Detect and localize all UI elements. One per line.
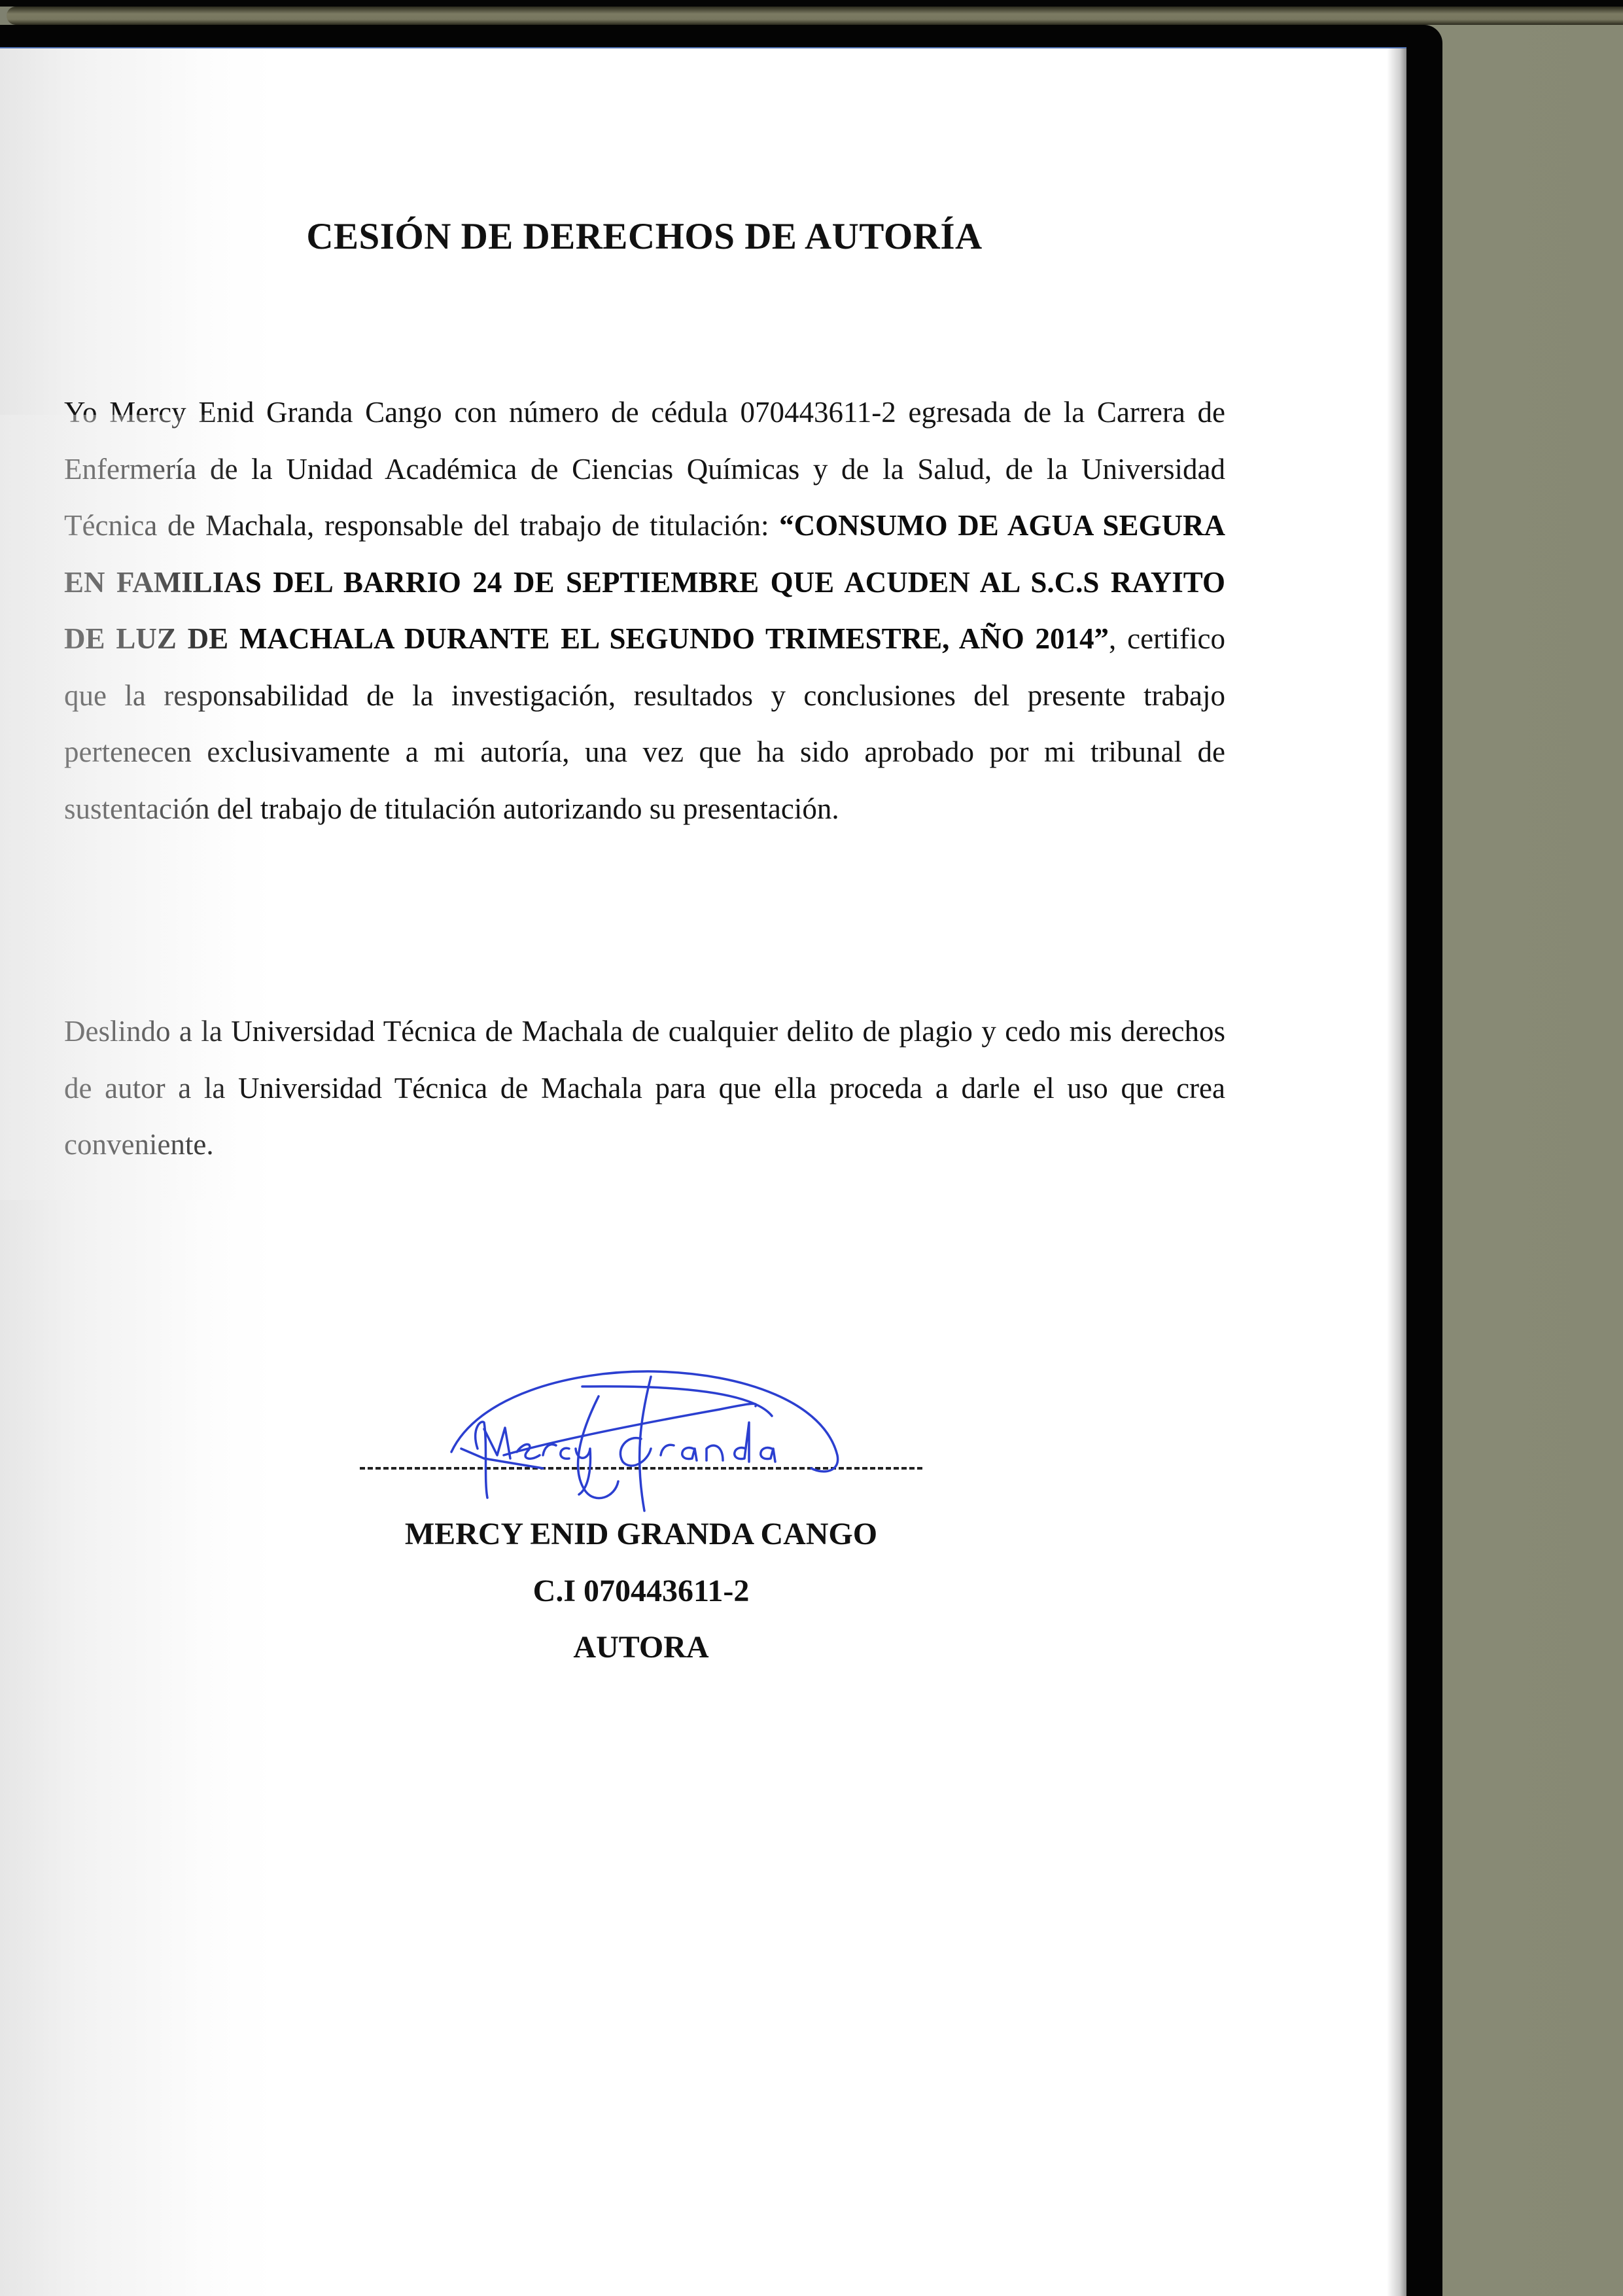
- rights-transfer-paragraph: Deslindo a la Universidad Técnica de Mac…: [64, 1003, 1225, 1173]
- document-title: CESIÓN DE DERECHOS DE AUTORÍA: [0, 215, 1289, 258]
- handwritten-signature: [353, 1357, 942, 1514]
- authorship-paragraph: Yo Mercy Enid Granda Cango con número de…: [64, 384, 1225, 837]
- document-page: CESIÓN DE DERECHOS DE AUTORÍA Yo Mercy E…: [0, 47, 1406, 2296]
- signature-block: [353, 1357, 942, 1514]
- author-name: MERCY ENID GRANDA CANGO: [0, 1516, 1282, 1552]
- author-id-number: C.I 070443611-2: [0, 1573, 1282, 1609]
- scanner-lid-strip: [7, 7, 1623, 25]
- author-role: AUTORA: [0, 1629, 1282, 1665]
- scanner-top-edge: [0, 0, 1623, 7]
